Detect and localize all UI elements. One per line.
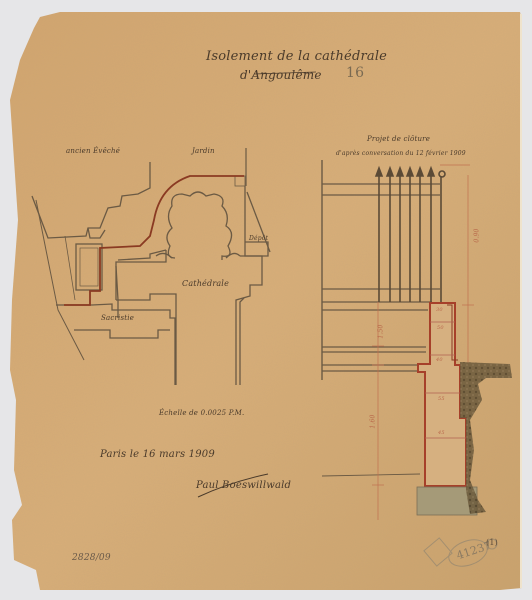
block-label-1: 30 [436,307,443,313]
dim-height-fence: 0.90 [474,228,481,242]
elevation-subtitle: d'après conversation du 12 février 1909 [336,150,466,157]
block-label-4: 55 [438,396,445,402]
dim-a: 1.50 [378,324,385,338]
pencil-note: 2828/09 [72,553,111,563]
drawing-canvas [0,0,532,600]
title-line2: d'Angoulême [240,68,322,82]
block-label-2: 50 [437,325,444,331]
label-jardin: Jardin [192,147,215,155]
archive-stamp-suffix: (1) [486,538,498,547]
place-date: Paris le 16 mars 1909 [100,449,215,460]
sheet-number: 16 [346,65,364,81]
signature: Paul Boeswillwald [196,480,291,491]
label-depot: Dépôt [249,235,268,242]
elevation-title: Projet de clôture [367,135,430,143]
block-label-5: 45 [438,430,445,436]
dim-height-wall: 1.60 [370,414,377,428]
block-label-3: 40 [436,357,443,363]
label-sacristie: Sacristie [101,314,134,322]
drawing-sheet: Isolement de la cathédrale d'Angoulême 1… [0,0,532,600]
label-ancien-eveche: ancien Évêché [66,147,120,155]
plan-scale: Échelle de 0.0025 P.M. [159,409,244,417]
label-cathedrale: Cathédrale [182,279,229,288]
title-line1: Isolement de la cathédrale [206,49,387,64]
